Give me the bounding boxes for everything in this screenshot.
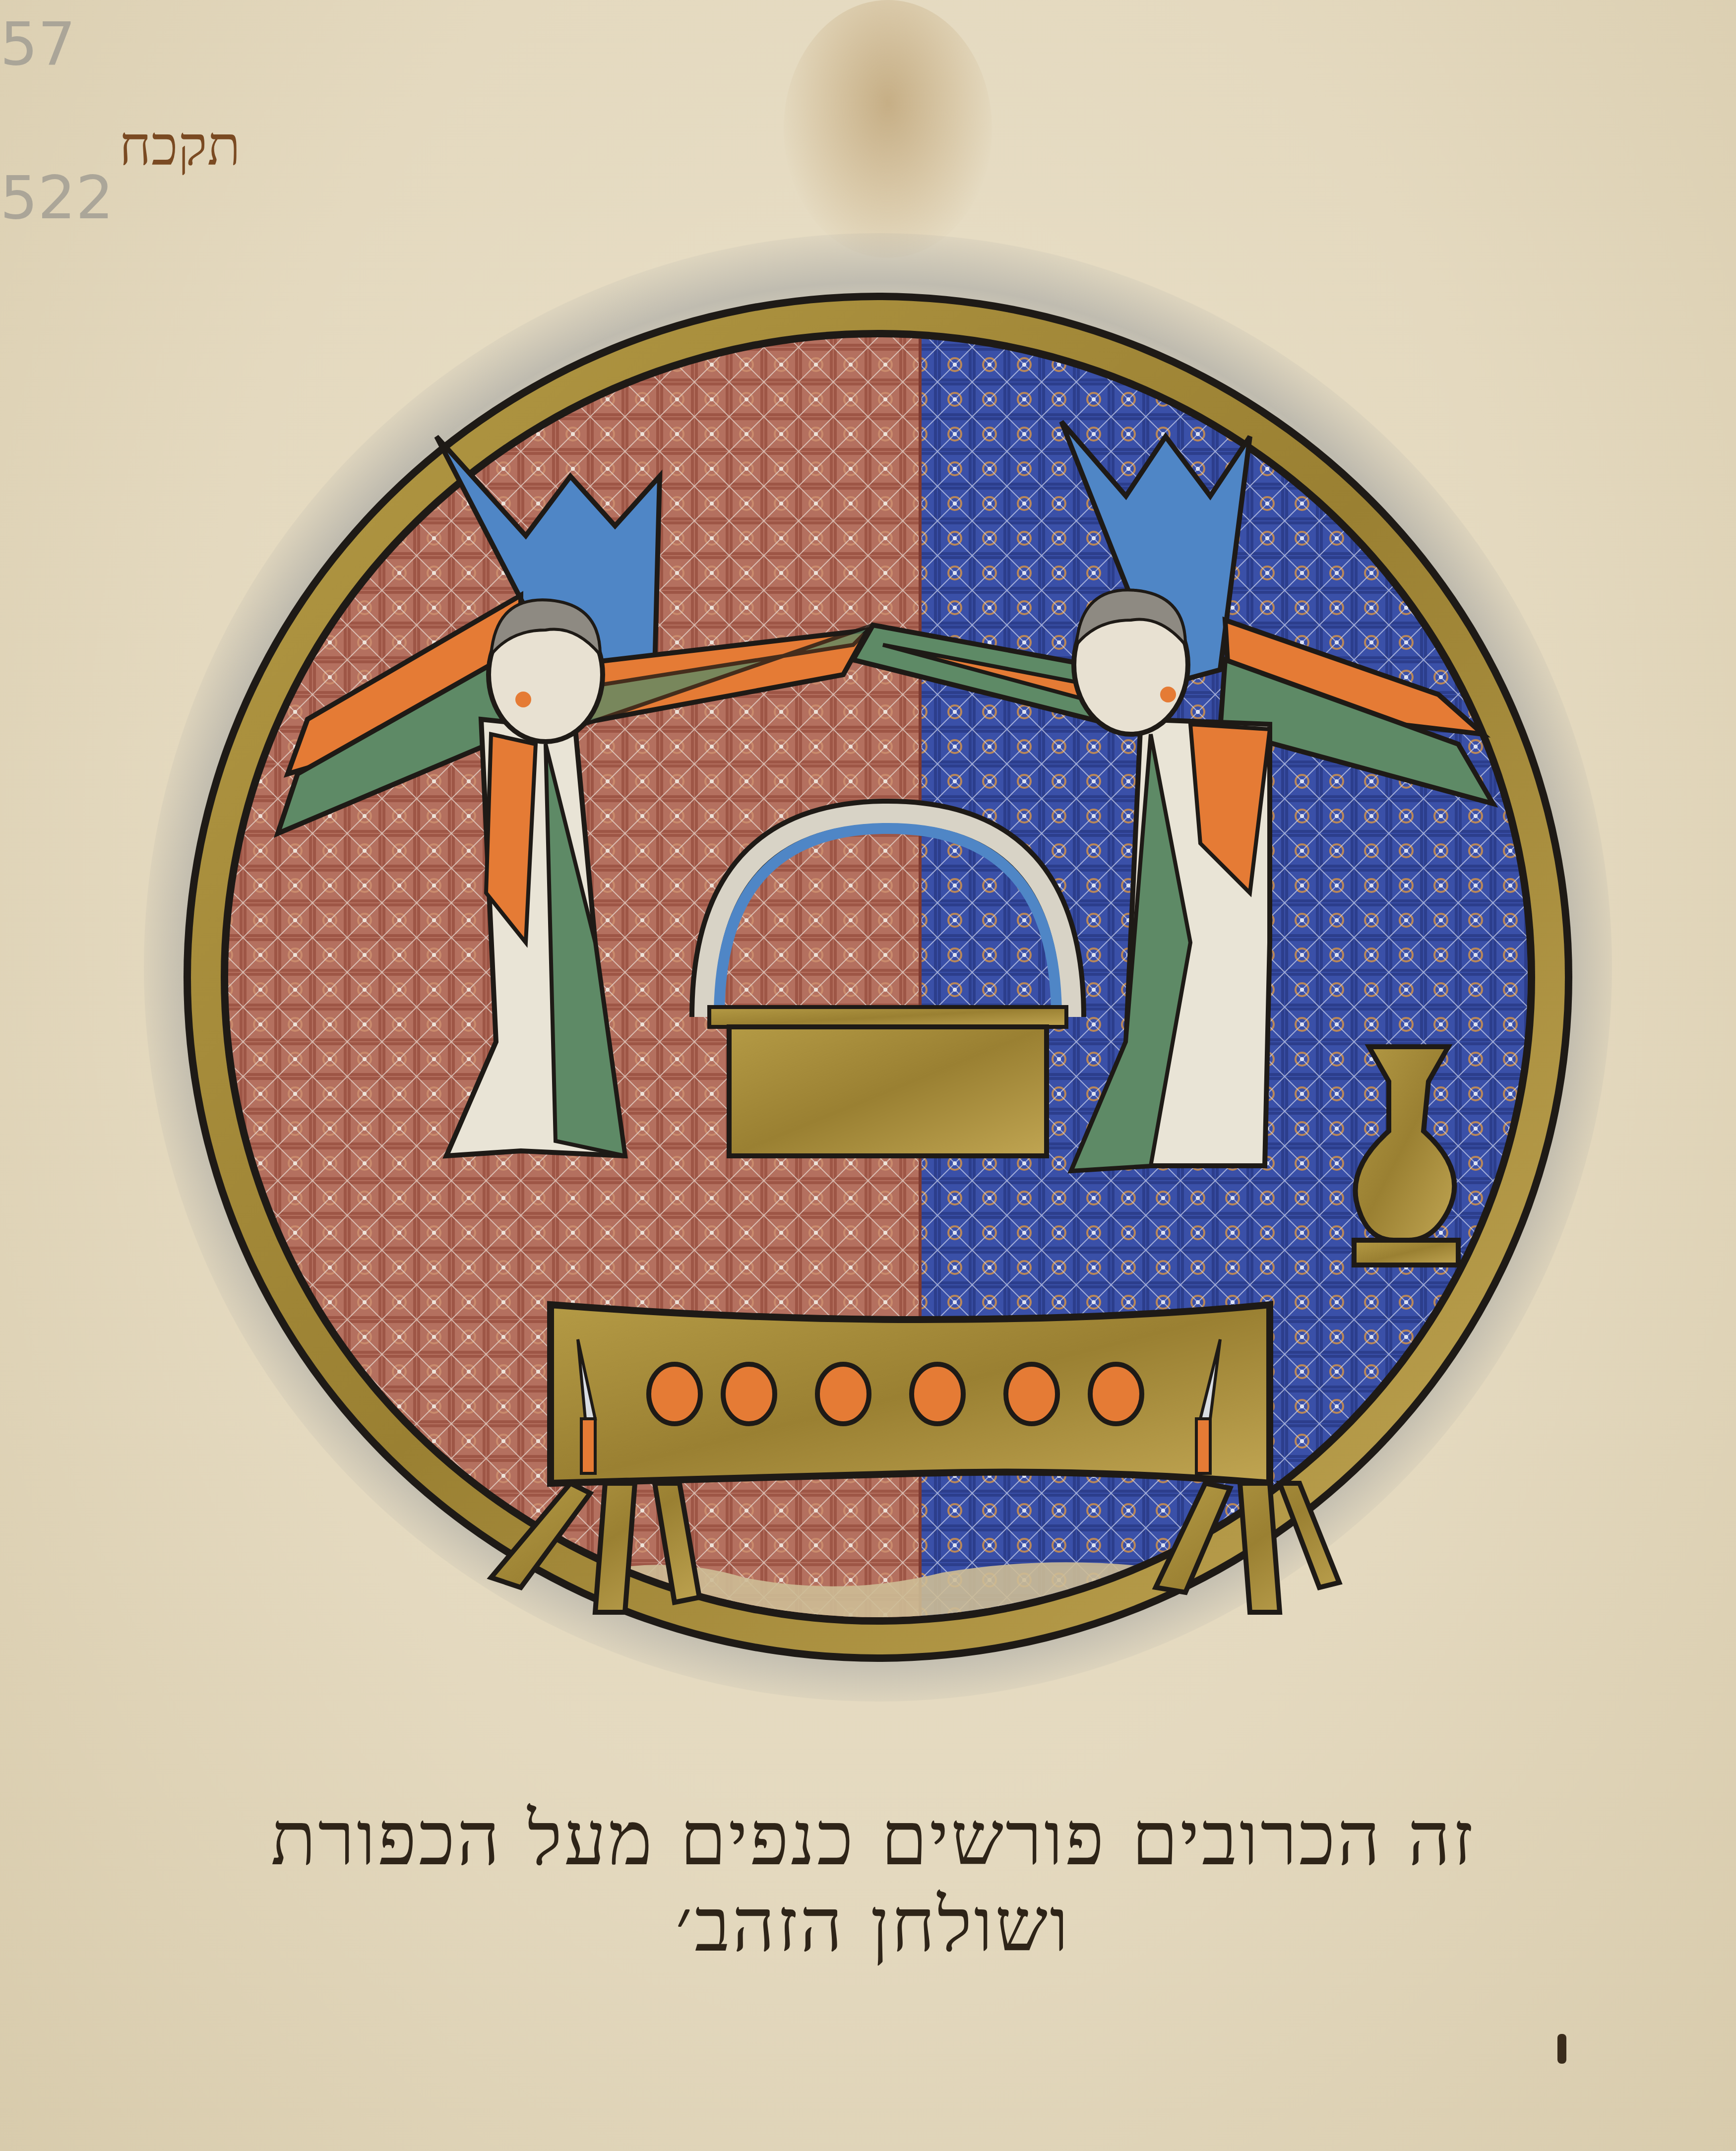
hebrew-caption: זה הכרובים פורשים כנפים מעל הכפורת ושולח… [164,1796,1582,1968]
ink-mark [1557,2034,1566,2064]
